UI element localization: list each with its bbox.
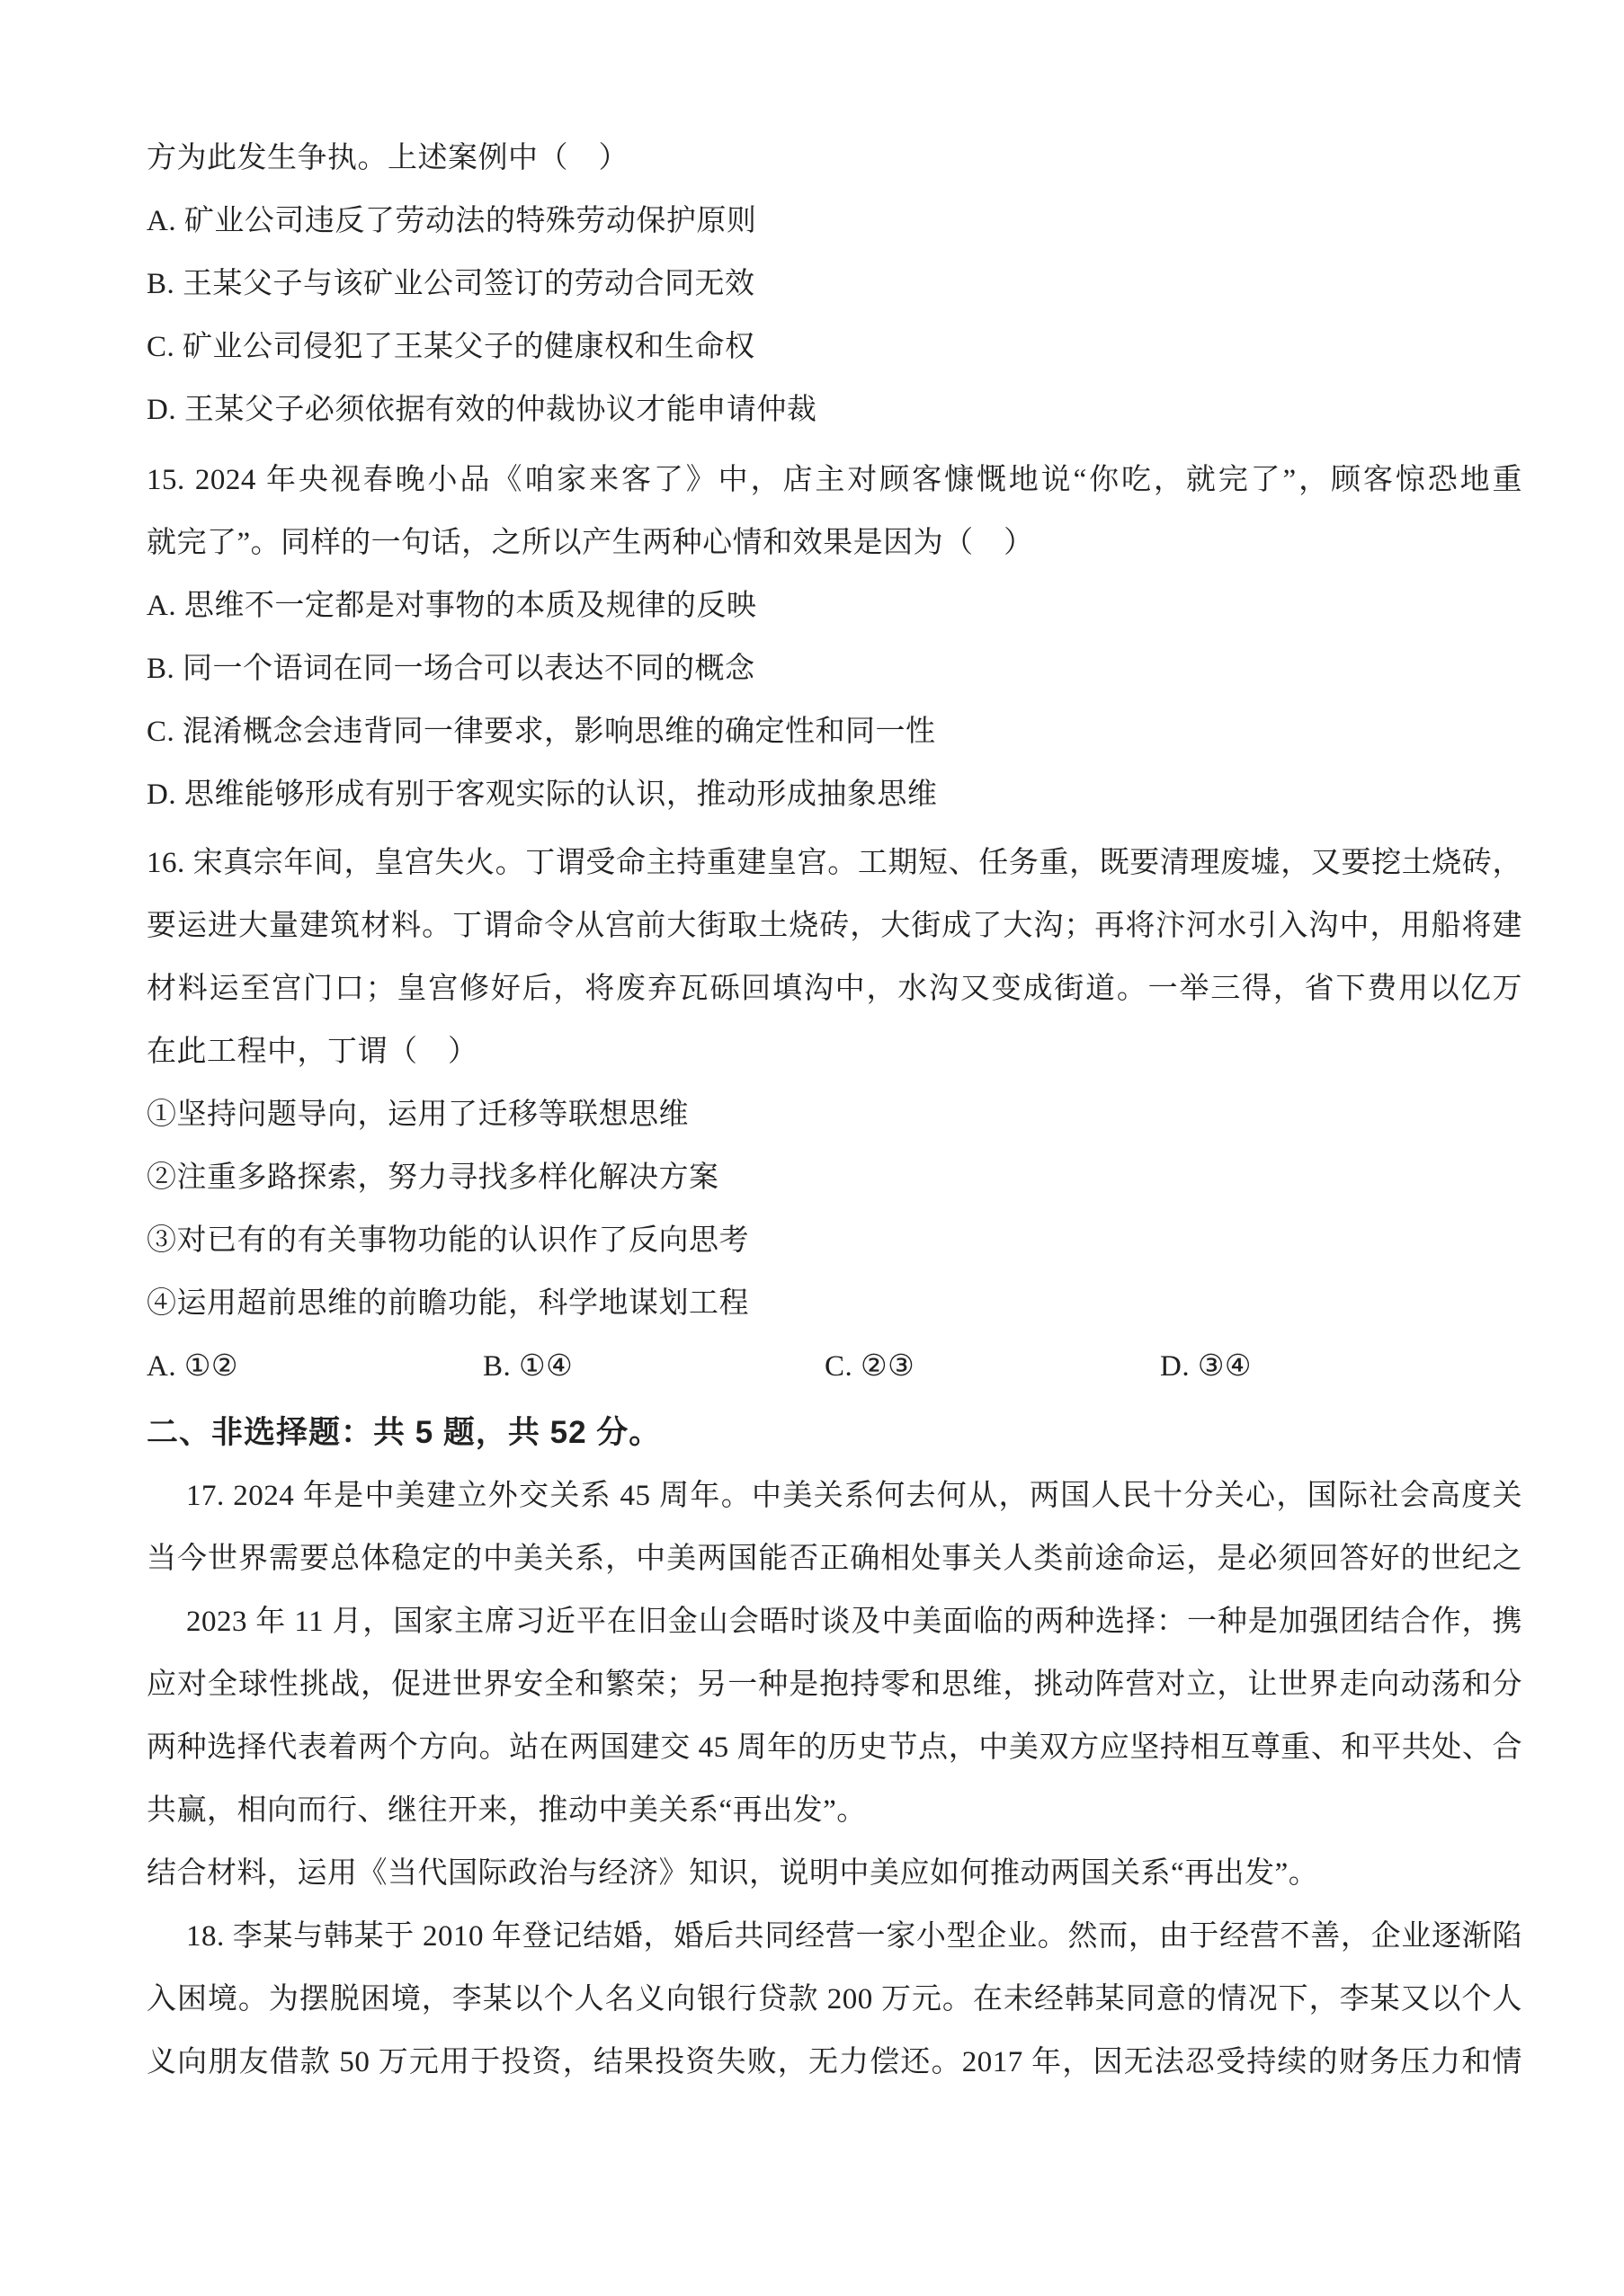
q16-statement-2: ②注重多路探索，努力寻找多样化解决方案 — [147, 1146, 1522, 1209]
q15-option-a: A. 思维不一定都是对事物的本质及规律的反映 — [147, 574, 1522, 637]
section-2-heading: 二、非选择题：共 5 题，共 52 分。 — [147, 1402, 1522, 1464]
q15-stem-line-2: 就完了”。同样的一句话，之所以产生两种心情和效果是因为（ ） — [147, 512, 1522, 574]
q17-task-line: 结合材料，运用《当代国际政治与经济》知识，说明中美应如何推动两国关系“再出发”。 — [147, 1842, 1522, 1905]
exam-page: 方为此发生争执。上述案例中（ ）A. 矿业公司违反了劳动法的特殊劳动保护原则B.… — [0, 0, 1624, 2296]
q16-statement-4: ④运用超前思维的前瞻功能，科学地谋划工程 — [147, 1272, 1522, 1335]
q16-choices-row-option-d: D. ③④ — [1160, 1335, 1522, 1398]
q16-stem-line-2: 要运进大量建筑材料。丁谓命令从宫前大街取土烧砖，大街成了大沟；再将汴河水引入沟中… — [147, 894, 1522, 957]
q18-stem-line-3: 义向朋友借款 50 万元用于投资，结果投资失败，无力偿还。2017 年，因无法忍… — [147, 2031, 1522, 2094]
q16-choices-row: A. ①②B. ①④C. ②③D. ③④ — [147, 1335, 1522, 1398]
q16-statement-1: ①坚持问题导向，运用了迁移等联想思维 — [147, 1083, 1522, 1146]
q15-option-b: B. 同一个语词在同一场合可以表达不同的概念 — [147, 637, 1522, 700]
q15-option-c: C. 混淆概念会违背同一律要求，影响思维的确定性和同一性 — [147, 700, 1522, 763]
q17-intro-line-2: 当今世界需要总体稳定的中美关系，中美两国能否正确相处事关人类前途命运，是必须回答… — [147, 1527, 1522, 1590]
q15-option-d: D. 思维能够形成有别于客观实际的认识，推动形成抽象思维 — [147, 763, 1522, 826]
q17-para3-line-2: 共赢，相向而行、继往开来，推动中美关系“再出发”。 — [147, 1779, 1522, 1842]
q14-option-d: D. 王某父子必须依据有效的仲裁协议才能申请仲裁 — [147, 378, 1522, 441]
exam-body: 方为此发生争执。上述案例中（ ）A. 矿业公司违反了劳动法的特殊劳动保护原则B.… — [147, 127, 1522, 2094]
q16-choices-row-option-b: B. ①④ — [483, 1335, 825, 1398]
q16-statement-3: ③对已有的有关事物功能的认识作了反向思考 — [147, 1209, 1522, 1272]
q18-stem-line-2: 入困境。为摆脱困境，李某以个人名义向银行贷款 200 万元。在未经韩某同意的情况… — [147, 1968, 1522, 2031]
q16-stem-line-3: 材料运至宫门口；皇宫修好后，将废弃瓦砾回填沟中，水沟又变成街道。一举三得，省下费… — [147, 957, 1522, 1020]
q17-para2-line-1: 2023 年 11 月，国家主席习近平在旧金山会晤时谈及中美面临的两种选择：一种… — [147, 1590, 1522, 1653]
q16-choices-row-option-c: C. ②③ — [825, 1335, 1160, 1398]
q17-intro-line-1: 17. 2024 年是中美建立外交关系 45 周年。中美关系何去何从，两国人民十… — [147, 1464, 1522, 1527]
q14-stem-continuation: 方为此发生争执。上述案例中（ ） — [147, 127, 1522, 190]
q17-para3-line-1: 两种选择代表着两个方向。站在两国建交 45 周年的历史节点，中美双方应坚持相互尊… — [147, 1716, 1522, 1779]
q14-option-b: B. 王某父子与该矿业公司签订的劳动合同无效 — [147, 253, 1522, 316]
q17-para2-line-2: 应对全球性挑战，促进世界安全和繁荣；另一种是抱持零和思维，挑动阵营对立，让世界走… — [147, 1653, 1522, 1716]
q14-option-a: A. 矿业公司违反了劳动法的特殊劳动保护原则 — [147, 190, 1522, 253]
q16-stem-line-1: 16. 宋真宗年间，皇宫失火。丁谓受命主持重建皇宫。工期短、任务重，既要清理废墟… — [147, 832, 1522, 894]
q15-stem-line-1: 15. 2024 年央视春晚小品《咱家来客了》中，店主对顾客慷慨地说“你吃，就完… — [147, 449, 1522, 512]
q16-stem-line-4: 在此工程中，丁谓（ ） — [147, 1020, 1522, 1083]
q16-choices-row-option-a: A. ①② — [147, 1335, 483, 1398]
q14-option-c: C. 矿业公司侵犯了王某父子的健康权和生命权 — [147, 316, 1522, 378]
q18-stem-line-1: 18. 李某与韩某于 2010 年登记结婚，婚后共同经营一家小型企业。然而，由于… — [147, 1905, 1522, 1968]
